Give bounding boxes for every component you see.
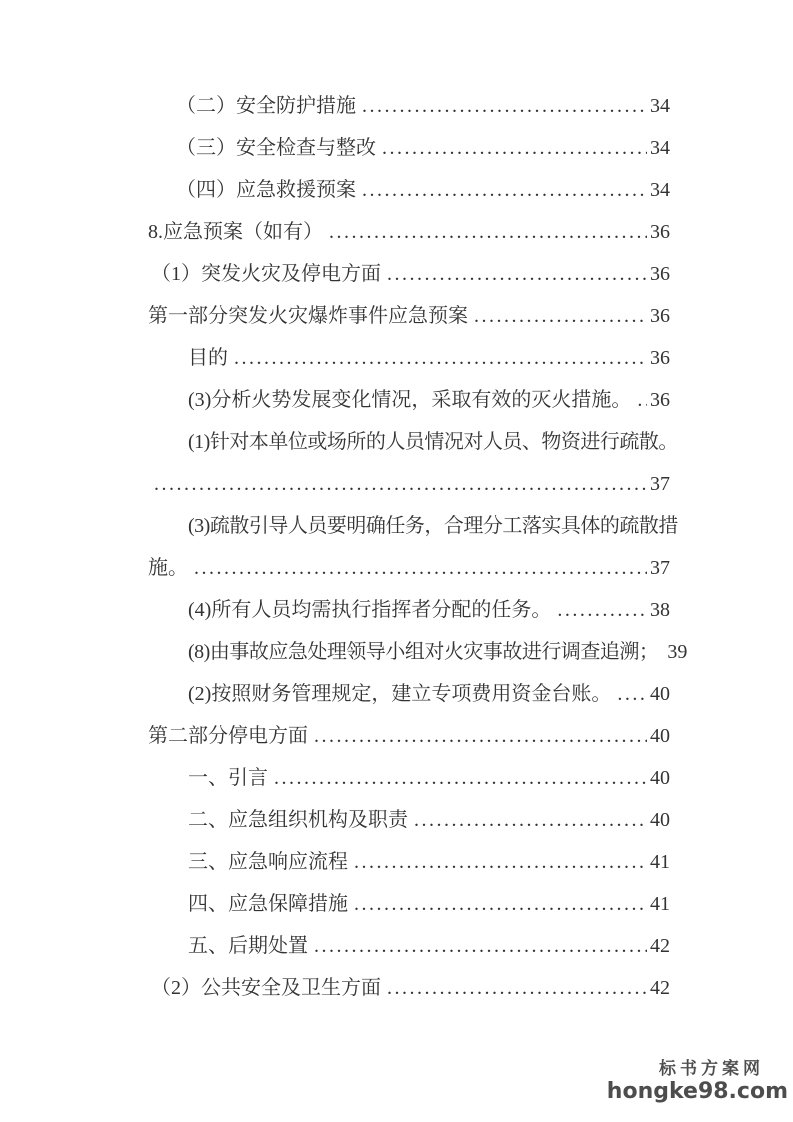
dot-leader (362, 169, 647, 211)
dot-leader (382, 127, 647, 169)
toc-entry-continuation[interactable]: 施。 37 (148, 547, 670, 589)
toc-entry-text: (8)由事故应急处理领导小组对火灾事故进行调查追溯； (188, 631, 658, 673)
toc-entry[interactable]: （1）突发火灾及停电方面 36 (151, 253, 670, 295)
page-number: 36 (650, 211, 670, 253)
toc-entry[interactable]: (8)由事故应急处理领导小组对火灾事故进行调查追溯； 39 (188, 631, 670, 673)
toc-entry[interactable]: (1)针对本单位或场所的人员情况对人员、物资进行疏散。 (188, 421, 670, 463)
dot-leader (354, 841, 647, 883)
page-number: 37 (650, 547, 670, 589)
page-number: 40 (650, 715, 670, 757)
dot-leader (617, 673, 647, 715)
dot-leader (414, 799, 647, 841)
toc-entry[interactable]: (4)所有人员均需执行指挥者分配的任务。 38 (188, 589, 670, 631)
toc-entry-text: 二、应急组织机构及职责 (188, 799, 408, 841)
page-number: 40 (650, 757, 670, 799)
toc-entry[interactable]: （2）公共安全及卫生方面 42 (151, 967, 670, 1009)
page-number: 40 (650, 799, 670, 841)
toc-entry-text: （2）公共安全及卫生方面 (151, 967, 381, 1009)
page-number: 41 (650, 841, 670, 883)
watermark-site-name: 标书方案网 (607, 1061, 764, 1078)
toc-entry-text: 第二部分停电方面 (148, 715, 308, 757)
toc-entry[interactable]: 8.应急预案（如有） 36 (148, 211, 670, 253)
dot-leader (637, 379, 647, 421)
toc-entry[interactable]: （三）安全检查与整改 34 (176, 127, 670, 169)
dot-leader (329, 211, 647, 253)
dot-leader (557, 589, 647, 631)
toc-entry[interactable]: 四、应急保障措施 41 (188, 883, 670, 925)
toc-entry-text: (2)按照财务管理规定，建立专项费用资金台账。 (188, 673, 611, 715)
page-number: 34 (650, 127, 670, 169)
toc-entry-text: （四）应急救援预案 (176, 169, 356, 211)
dot-leader (387, 967, 647, 1009)
dot-leader (474, 295, 647, 337)
dot-leader (362, 85, 647, 127)
dot-leader (234, 337, 647, 379)
toc-entry-continuation[interactable]: 37 (148, 463, 670, 505)
toc-entry-text: 一、引言 (188, 757, 268, 799)
toc-entry[interactable]: （二）安全防护措施 34 (176, 85, 670, 127)
page-number: 39 (667, 631, 687, 673)
toc-entry[interactable]: 一、引言 40 (188, 757, 670, 799)
toc-entry[interactable]: 目的 36 (188, 337, 670, 379)
document-page: （二）安全防护措施 34 （三）安全检查与整改 34 （四）应急救援预案 34 … (0, 0, 793, 1122)
toc-entry-text: 第一部分突发火灾爆炸事件应急预案 (148, 295, 468, 337)
toc-entry-text: （1）突发火灾及停电方面 (151, 253, 381, 295)
page-number: 34 (650, 169, 670, 211)
toc-entry[interactable]: 五、后期处置 42 (188, 925, 670, 967)
page-number: 36 (650, 253, 670, 295)
dot-leader (354, 883, 647, 925)
toc-entry[interactable]: 第二部分停电方面 40 (148, 715, 670, 757)
page-number: 42 (650, 925, 670, 967)
toc-entry-text: 三、应急响应流程 (188, 841, 348, 883)
toc-entry[interactable]: 三、应急响应流程 41 (188, 841, 670, 883)
site-watermark: 标书方案网 hongke98.com (607, 1061, 788, 1103)
dot-leader (274, 757, 647, 799)
page-number: 42 (650, 967, 670, 1009)
toc-entry-text: 施。 (148, 547, 188, 589)
page-number: 41 (650, 883, 670, 925)
toc-entry[interactable]: （四）应急救援预案 34 (176, 169, 670, 211)
toc-entry-text: 四、应急保障措施 (188, 883, 348, 925)
dot-leader (194, 547, 647, 589)
dot-leader (314, 925, 647, 967)
page-number: 38 (650, 589, 670, 631)
toc-entry[interactable]: (3)分析火势发展变化情况，采取有效的灭火措施。 36 (188, 379, 670, 421)
table-of-contents: （二）安全防护措施 34 （三）安全检查与整改 34 （四）应急救援预案 34 … (148, 85, 670, 1009)
toc-entry-text: （三）安全检查与整改 (176, 127, 376, 169)
toc-entry-text: （二）安全防护措施 (176, 85, 356, 127)
toc-entry[interactable]: (3)疏散引导人员要明确任务，合理分工落实具体的疏散措 (188, 505, 670, 547)
page-number: 37 (650, 463, 670, 505)
page-number: 40 (650, 673, 670, 715)
dot-leader (314, 715, 647, 757)
toc-entry-text: (4)所有人员均需执行指挥者分配的任务。 (188, 589, 551, 631)
watermark-site-url: hongke98.com (607, 1081, 788, 1103)
toc-entry-text: 目的 (188, 337, 228, 379)
dot-leader (387, 253, 647, 295)
page-number: 36 (650, 295, 670, 337)
toc-entry-text: 8.应急预案（如有） (148, 211, 323, 253)
page-number: 36 (650, 337, 670, 379)
page-number: 36 (650, 379, 670, 421)
toc-entry-text: 五、后期处置 (188, 925, 308, 967)
toc-entry[interactable]: 第一部分突发火灾爆炸事件应急预案 36 (148, 295, 670, 337)
page-number: 34 (650, 85, 670, 127)
toc-entry-text: (3)分析火势发展变化情况，采取有效的灭火措施。 (188, 379, 631, 421)
dot-leader (154, 463, 647, 505)
toc-entry-text: (3)疏散引导人员要明确任务，合理分工落实具体的疏散措 (188, 505, 678, 547)
toc-entry[interactable]: 二、应急组织机构及职责 40 (188, 799, 670, 841)
toc-entry[interactable]: (2)按照财务管理规定，建立专项费用资金台账。 40 (188, 673, 670, 715)
toc-entry-text: (1)针对本单位或场所的人员情况对人员、物资进行疏散。 (188, 421, 678, 463)
